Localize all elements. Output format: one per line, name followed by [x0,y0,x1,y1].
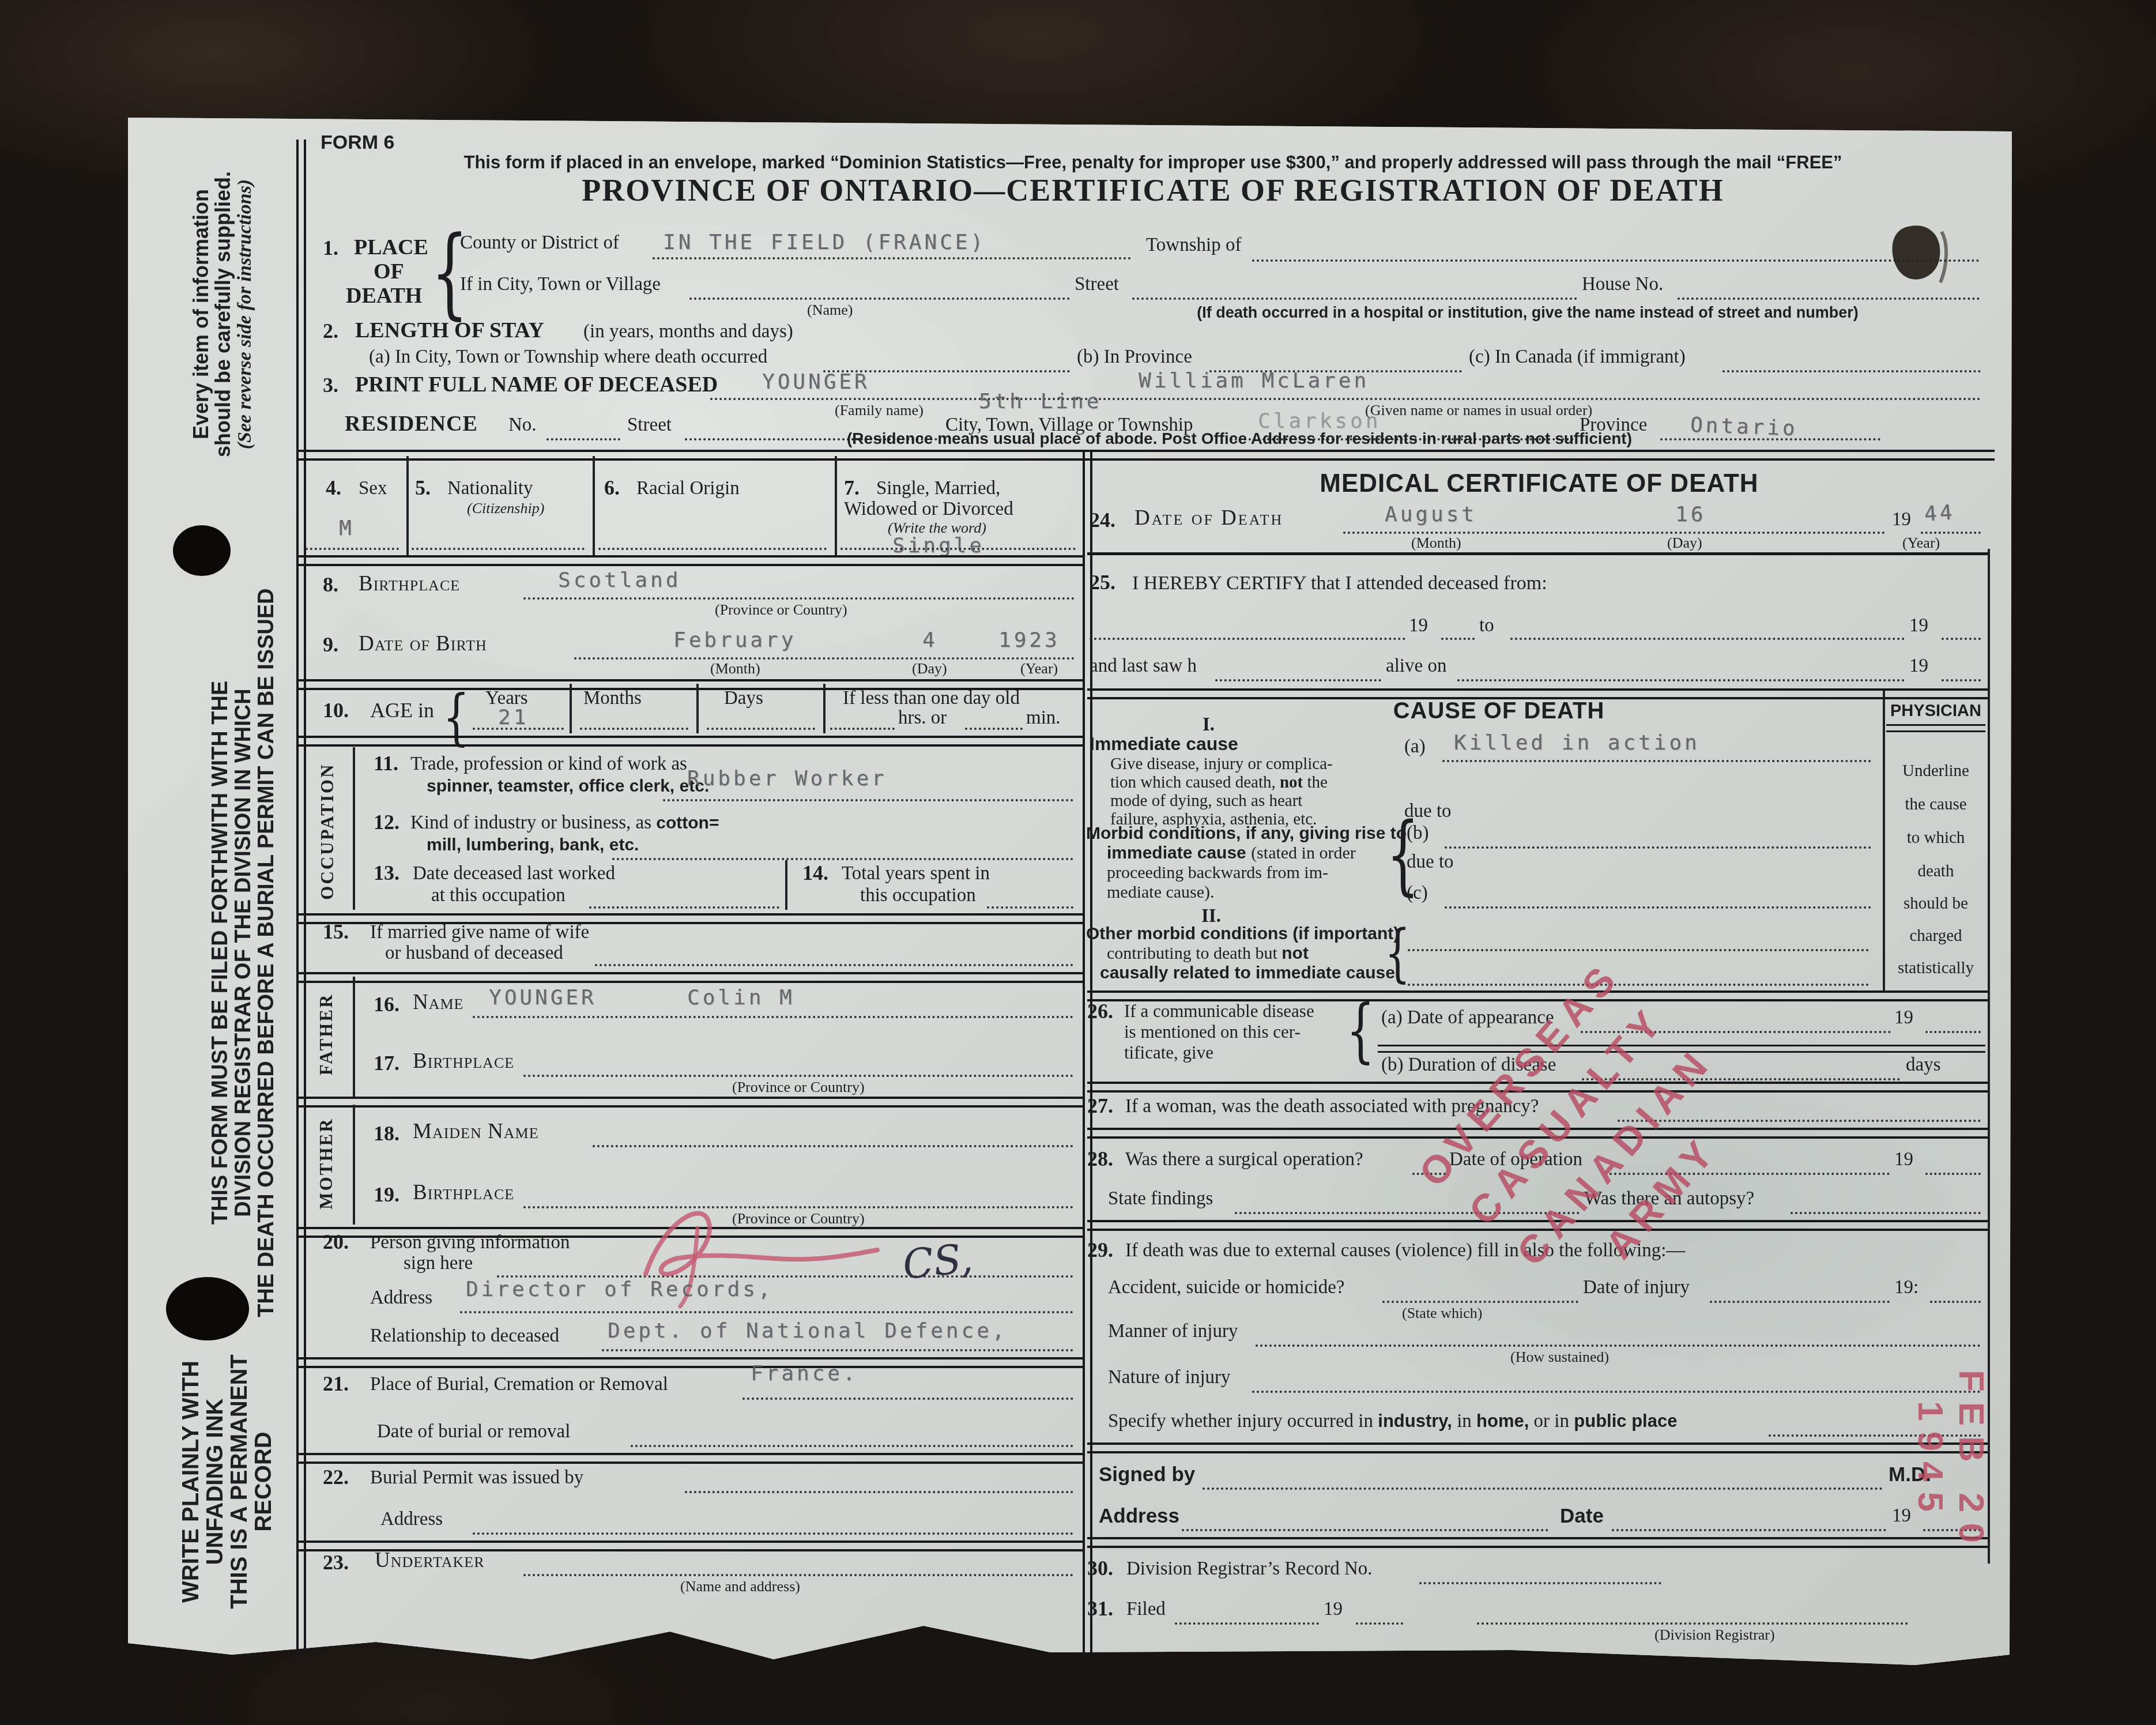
dotted-line [1445,846,1871,849]
how-sustained-caption: (How sustained) [1510,1349,1609,1365]
s26a-label: (a) Date of appearance [1381,1008,1554,1028]
md-19: 19 [1892,1506,1911,1526]
s12-label-1: Kind of industry or business, as cotton= [410,813,719,833]
s2a-label: (a) In City, Town or Township where deat… [369,347,767,367]
heavy-rule [1087,552,1988,555]
dotted-line [1408,949,1869,951]
s28-19: 19 [1894,1150,1913,1170]
min-label: min. [1026,708,1061,728]
s18-number: 18. [374,1123,399,1145]
due-to-2: due to [1407,852,1454,872]
s1-label-death: DEATH [346,285,422,308]
dotted-line [830,728,895,730]
last-saw-label: and last saw h [1090,656,1197,676]
dotted-line [1408,984,1869,986]
death-month-value: August [1385,504,1477,526]
s17-number: 17. [374,1053,399,1075]
manner-label: Manner of injury [1108,1321,1238,1342]
s1-label-place: PLACE [354,236,428,259]
burial-place-label: Place of Burial, Cremation or Removal [370,1374,668,1395]
township-label: Township of [1146,235,1241,255]
morbid-label-1: Morbid conditions, if any, giving rise t… [1086,824,1407,843]
marital-label-1: Single, Married, [876,479,1000,499]
marital-value: Single [892,535,985,557]
dotted-line [595,964,1073,966]
s7-number: 7. [844,477,860,499]
dotted-line [593,1145,1073,1147]
s2-label: LENGTH OF STAY [355,319,544,342]
double-rule [1087,1537,1988,1548]
punch-hole [173,525,231,576]
dotted-line [598,548,827,550]
s15-label-1: If married give name of wife [370,922,589,943]
cause-desc-2b: not [1280,773,1303,792]
birth-year-value: 1923 [998,630,1060,651]
physician-column-divider [1883,691,1885,993]
dotted-line [1921,532,1981,534]
s26a-19: 19 [1894,1008,1913,1028]
s12-label-1a: Kind of industry or business, as [410,812,656,833]
sex-label: Sex [359,479,387,499]
death-day-value: 16 [1675,504,1706,526]
margin-note-line: UNFADING INK [203,1263,227,1701]
cause-a-value: Killed in action [1454,732,1700,754]
physician-note-4: death [1886,862,1985,880]
father-label-text: FATHER [317,971,336,1098]
specify-label: Specify whether injury occurred in indus… [1108,1411,1677,1432]
informant-address-label: Address [370,1288,432,1308]
s12-label-2: mill, lumbering, bank, etc. [427,836,639,854]
death-day-caption: (Day) [1667,535,1702,551]
dotted-line [965,728,1023,730]
cause-desc-2a: tion which caused death, [1110,773,1280,792]
physician-note-7: statistically [1886,959,1985,977]
s31-19: 19 [1324,1599,1343,1619]
section-divider [353,1105,355,1225]
dotted-line [1235,1212,1580,1214]
s28-number: 28. [1087,1148,1113,1170]
margin-note-line: Every item of information [190,127,212,502]
dotted-line [1175,1622,1319,1625]
physician-rule [1886,724,1985,732]
village-label: If in City, Town or Village [460,274,661,295]
morbid-label-2a: immediate cause [1107,843,1251,862]
mother-label-text: MOTHER [317,1100,336,1227]
s6-number: 6. [604,477,620,499]
father-name-value-1: YOUNGER [489,987,597,1009]
double-rule [1087,1082,1988,1093]
county-value: IN THE FIELD (FRANCE) [663,232,986,254]
dotted-line [473,1532,1073,1535]
double-rule [1087,1442,1988,1453]
morbid-label-2: immediate cause (stated in order [1107,844,1356,862]
burial-date-label: Date of burial or removal [377,1422,570,1442]
s29-19: 19: [1894,1278,1918,1298]
alive-on-label: alive on [1386,656,1446,676]
specify-4: home, [1476,1411,1529,1431]
s5-number: 5. [415,477,431,499]
margin-note-line: (See reverse side for instructions) [234,127,256,502]
physician-note-5: should be [1886,895,1985,912]
s13-s14-divider [785,860,787,910]
signed-by-label: Signed by [1099,1464,1195,1486]
birthplace-caption: (Province or Country) [715,602,847,617]
filed-date-stamp: FEB 20 1945 [1951,1312,1992,1611]
death-year-prefix: 19 [1892,510,1911,530]
cause-box-bottom-rule [1087,990,1988,1001]
dotted-line [580,728,688,730]
double-rule [296,972,1085,983]
section-divider [353,747,355,910]
sex-value: M [339,518,355,540]
md-date-label: Date [1560,1506,1604,1527]
specify-1: Specify whether injury occurred in [1108,1411,1378,1432]
dotted-line [1925,1173,1981,1175]
occupation-section-label: OCCUPATION [318,728,341,935]
s11-label-2: spinner, teamster, office clerk, etc. [427,777,709,796]
dotted-line [685,1491,1073,1493]
physician-note-3: to which [1886,829,1985,846]
dotted-line [1132,297,1577,300]
md-address-label: Address [1099,1506,1179,1527]
birthplace-label: Birthplace [359,573,460,596]
double-rule [296,1097,1085,1108]
dotted-line [631,1445,1073,1447]
cause-desc-3: mode of dying, such as heart [1110,792,1302,809]
s13-label-1: Date deceased last worked [413,864,615,884]
s9-number: 9. [323,634,338,656]
dotted-line [473,1016,1073,1018]
physician-note-6: charged [1886,927,1985,944]
s12-number: 12. [374,812,399,834]
s26-number: 26. [1087,1001,1113,1023]
birthplace-value: Scotland [558,570,681,592]
father-name-label: Name [413,992,464,1014]
double-rule [296,1453,1085,1464]
margin-note-line: should be carefully supplied. [212,127,234,502]
dotted-line [1252,1391,1981,1393]
dotted-line [1581,1031,1891,1033]
dotted-line [1722,370,1981,372]
s28-findings-label: State findings [1108,1189,1213,1209]
dotted-line [1356,1622,1403,1625]
date-of-birth-label: Date of Birth [359,633,487,656]
cause-of-death-title: CAUSE OF DEATH [1153,699,1845,723]
physician-note-1: Underline [1886,762,1985,779]
margin-note-supplied: Every item of information should be care… [190,127,282,502]
double-rule [1087,1128,1988,1139]
s24-number: 24. [1090,510,1115,532]
dotted-line [1094,398,1981,400]
dotted-line [574,657,1075,660]
dotted-line [523,597,1075,600]
birth-day-value: 4 [922,630,938,651]
s29-label: If death was due to external causes (vio… [1125,1241,1685,1261]
s26b-days: days [1906,1055,1941,1075]
given-name-value: William McLaren [1139,370,1369,392]
other-morbid-3: causally related to immediate cause. [1100,964,1400,982]
occupation-label-text: OCCUPATION [318,728,337,935]
s8-number: 8. [323,574,338,596]
dotted-line [1930,1301,1981,1303]
double-rule [296,1357,1085,1368]
s20-number: 20. [323,1231,349,1253]
s26b-label: (b) Duration of disease [1381,1055,1556,1075]
dotted-line [840,548,1076,550]
informant-label-2: sign here [404,1253,473,1274]
marital-label-2: Widowed or Divorced [844,499,1013,519]
dotted-line [1382,1301,1578,1303]
dotted-line [1457,679,1905,681]
residence-label: RESIDENCE [345,413,478,436]
dotted-line [1942,679,1981,681]
relationship-label: Relationship to deceased [370,1326,559,1346]
s26-label-3: tificate, give [1124,1044,1213,1063]
dotted-line [1678,297,1980,300]
cause-desc-1: Give disease, injury or complica- [1110,755,1333,773]
other-morbid-2b: not [1281,944,1309,963]
s1-label-of: OF [374,261,404,284]
s3-number: 3. [323,375,338,397]
s31-filed-label: Filed [1126,1599,1166,1619]
hrs-label: hrs. or [898,708,947,728]
father-birthplace-label: Birthplace [413,1050,514,1073]
specify-3: in [1452,1411,1476,1432]
age-days-header: Days [724,688,763,709]
s28-date-label: Date of operation [1449,1150,1582,1170]
s14-label-2: this occupation [860,886,976,906]
s10-number: 10. [323,700,349,722]
racial-origin-label: Racial Origin [636,479,740,499]
residence-street-value: 5th Line [979,391,1102,413]
s28-autopsy-label: Was there an autopsy? [1584,1189,1754,1209]
double-rule [296,450,1995,461]
s14-number: 14. [802,862,828,884]
nature-label: Nature of injury [1108,1368,1231,1388]
cause-b-label: (b) [1407,823,1428,843]
s30-label: Division Registrar’s Record No. [1126,1559,1373,1579]
dotted-line [473,728,564,730]
dotted-line [1441,638,1475,640]
name-caption: (Name) [807,302,853,318]
cause-desc-2: tion which caused death, not the [1110,774,1328,791]
s3-label: PRINT FULL NAME OF DECEASED [355,374,718,397]
dotted-line [523,1075,1073,1077]
last-saw-19: 19 [1909,656,1928,676]
table-divider [406,456,409,558]
certify-19a: 19 [1409,616,1428,636]
s15-label-2: or husband of deceased [385,943,563,963]
double-rule [296,555,1085,566]
margin-note-line: THIS IS A PERMANENT [227,1263,251,1701]
s2c-label: (c) In Canada (if immigrant) [1469,347,1686,367]
cause-desc-2c: the [1303,773,1328,792]
mother-section-label: MOTHER [317,1100,340,1227]
dotted-line [1442,760,1871,762]
age-months-header: Months [583,688,642,709]
thin-rule [1378,1045,1985,1053]
house-no-label: House No. [1582,274,1663,295]
dotted-line [1510,638,1905,640]
dotted-line [663,799,1073,801]
state-which-caption: (State which) [1402,1305,1482,1321]
dotted-line [1256,1344,1981,1347]
margin-note-filing: THIS FORM MUST BE FILED FORTHWITH WITH T… [209,570,304,1336]
residence-no-label: No. [508,415,537,435]
s26-label-2: is mentioned on this cer- [1124,1023,1301,1042]
dotted-line [707,728,815,730]
immediate-cause-label: Immediate cause [1090,735,1238,754]
margin-note-ink: WRITE PLAINLY WITH UNFADING INK THIS IS … [179,1263,306,1701]
s2-number: 2. [323,321,338,342]
age-label: AGE in [370,700,434,722]
brace: { [1346,996,1375,1065]
s31-number: 31. [1087,1598,1113,1620]
dotted-line [1612,1529,1886,1531]
nationality-label: Nationality [447,479,533,499]
undertaker-caption: (Name and address) [680,1579,800,1594]
certify-to: to [1479,616,1494,636]
other-morbid-1: Other morbid conditions (if important) [1086,925,1399,943]
dotted-line [602,1349,1073,1351]
table-divider [835,456,837,558]
form-number: FORM 6 [321,133,394,153]
date-of-death-label: Date of Death [1134,507,1283,530]
residence-note: (Residence means usual place of abode. P… [576,430,1902,447]
margin-note-line: THE DEATH OCCURRED BEFORE A BURIAL PERMI… [255,570,278,1336]
dotted-line [1942,638,1981,640]
s28-label: Was there a surgical operation? [1125,1150,1363,1170]
s15-number: 15. [323,921,349,943]
other-morbid-2a: contributing to death but [1107,944,1281,963]
double-rule [1087,1220,1988,1231]
father-name-value-2: Colin M [687,987,795,1009]
dotted-line [412,548,585,550]
cause-i: I. [1203,715,1215,735]
dotted-line [1343,532,1885,534]
family-name-caption: (Family name) [835,402,924,418]
s12-label-1b: cotton= [656,813,719,833]
dotted-line [653,257,1131,259]
family-name-value: YOUNGER [762,371,870,393]
s2b-label: (b) In Province [1077,347,1192,367]
certify-19b: 19 [1909,616,1928,636]
table-divider [593,456,595,558]
dotted-line [612,858,1073,860]
dotted-line [306,548,399,550]
county-label: County or District of [460,233,619,253]
burial-permit-label: Burial Permit was issued by [370,1468,583,1488]
specify-5: or in [1529,1411,1574,1432]
physician-note-2: the cause [1886,796,1985,813]
dotted-line [742,1398,1073,1400]
double-rule [296,736,1085,747]
s22-number: 22. [323,1467,349,1489]
given-name-caption: (Given name or names in usual order) [1365,402,1592,418]
death-year-caption: (Year) [1902,535,1940,551]
s29-accident-label: Accident, suicide or homicide? [1108,1278,1345,1298]
brace: { [1385,922,1411,985]
margin-note-line: RECORD [251,1263,276,1701]
dotted-line [1582,1078,1900,1080]
permit-address-label: Address [380,1509,443,1530]
dotted-line [1610,1173,1890,1175]
dotted-line [1182,1529,1548,1531]
cause-a-label: (a) [1404,737,1426,757]
age-divider [696,684,699,733]
s23-number: 23. [323,1552,349,1574]
dotted-line [1618,1120,1981,1122]
morbid-label-3: proceeding backwards from im- [1107,864,1328,882]
relationship-value: Dept. of National Defence, [608,1320,1008,1342]
margin-note-line: DIVISION REGISTRAR OF THE DIVISION IN WH… [232,570,255,1336]
dotted-line [1090,638,1405,640]
morbid-label-4: mediate cause). [1107,883,1215,902]
dotted-line [1419,1582,1661,1584]
dotted-line [1925,1031,1981,1033]
dotted-line [1791,1212,1981,1214]
father-section-label: FATHER [317,971,340,1098]
column-divider [1083,450,1092,1656]
certify-label: I HEREBY CERTIFY that I attended decease… [1132,573,1547,594]
s27-label: If a woman, was the death associated wit… [1125,1097,1539,1117]
mail-note: This form if placed in an envelope, mark… [323,153,1983,172]
s11-label-1: Trade, profession or kind of work as [410,754,687,774]
age-less-header: If less than one day old [843,688,1020,709]
s19-number: 19. [374,1184,399,1206]
margin-note-line: WRITE PLAINLY WITH [179,1263,203,1701]
cause-ii: II. [1201,906,1221,926]
dotted-line [460,1311,1073,1313]
mother-birthplace-label: Birthplace [413,1182,514,1204]
s29-doi-label: Date of injury [1583,1278,1690,1298]
specify-2: industry, [1378,1411,1452,1431]
death-year-value: 44 [1924,502,1956,525]
month-caption: (Month) [710,661,760,676]
informant-initials: CS, [900,1237,974,1287]
dotted-line [523,1574,1073,1576]
margin-note-line: THIS FORM MUST BE FILED FORTHWITH WITH T… [209,570,232,1336]
dotted-line [1203,1487,1883,1490]
s13-label-2: at this occupation [431,886,566,906]
morbid-label-2b: (stated in order [1251,843,1356,862]
s4-number: 4. [326,477,341,499]
physician-header: PHYSICIAN [1885,702,1987,720]
dotted-line [1252,259,1980,262]
day-caption: (Day) [912,661,947,676]
page-title: PROVINCE OF ONTARIO—CERTIFICATE OF REGIS… [323,174,1983,207]
s27-number: 27. [1087,1095,1113,1117]
medical-certificate-title: MEDICAL CERTIFICATE OF DEATH [1095,470,1983,497]
division-registrar-caption: (Division Registrar) [1654,1627,1775,1643]
s11-number: 11. [374,753,398,775]
s16-number: 16. [374,994,399,1016]
s14-label-1: Total years spent in [842,864,990,884]
specify-6: public place [1574,1411,1677,1431]
birth-month-value: February [673,630,796,651]
age-divider [570,684,572,733]
s30-number: 30. [1087,1558,1113,1580]
s2-sub: (in years, months and days) [583,322,793,342]
s1-number: 1. [323,238,338,259]
other-morbid-2: contributing to death but not [1107,944,1309,963]
section-divider [353,977,355,1098]
dotted-line [689,297,1070,300]
informant-label-1: Person giving information [370,1233,570,1253]
filed-date-text: FEB 20 1945 [1910,1312,1992,1611]
cause-c-label: (c) [1407,883,1428,903]
dotted-line [1445,906,1871,909]
